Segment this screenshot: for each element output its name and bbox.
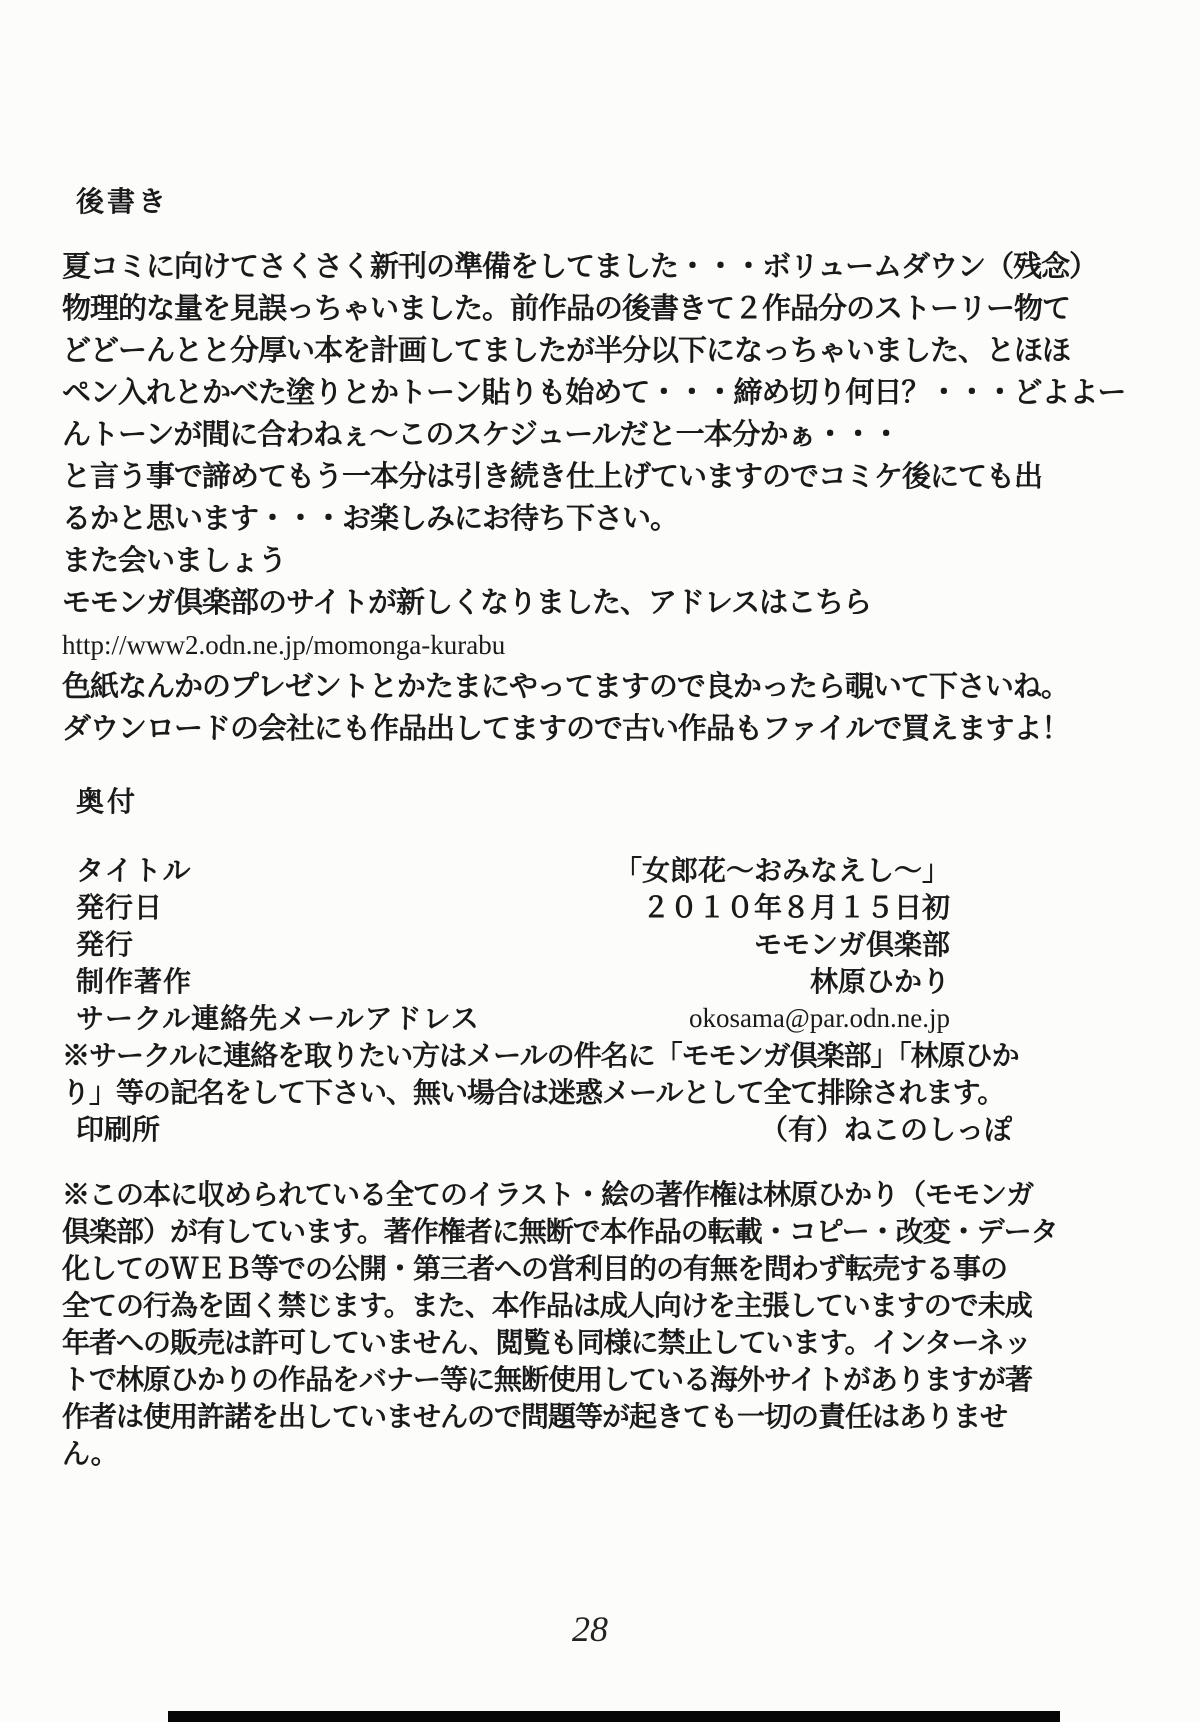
colophon-value-publish-date: ２０１０年８月１５日初 <box>642 889 950 926</box>
afterword-line: ペン入れとかべた塗りとかトーン貼りも始めて・・・締め切り何日？・・・どよよー <box>62 372 1154 414</box>
afterword-line: どどーんとと分厚い本を計画してましたが半分以下になっちゃいました、とほほ <box>62 330 1154 372</box>
colophon-table: タイトル 「女郎花～おみなえし～」 発行日 ２０１０年８月１５日初 発行 モモン… <box>76 852 950 1037</box>
website-url-text: http://www2.odn.ne.jp/momonga-kurabu <box>62 624 1154 666</box>
afterword-line: ダウンロードの会社にも作品出してますので古い作品もファイルで買えますよ！ <box>62 708 1154 750</box>
contact-note-line: り」等の記名をして下さい、無い場合は迷惑メールとして全て排除されます。 <box>62 1074 1154 1111</box>
copyright-line: トで林原ひかりの作品をバナー等に無断使用している海外サイトがありますが著 <box>62 1361 1154 1398</box>
colophon-row-contact-email: サークル連絡先メールアドレス okosama@par.odn.ne.jp <box>76 1000 950 1037</box>
afterword-line: 物理的な量を見誤っちゃいました。前作品の後書きて２作品分のストーリー物て <box>62 288 1154 330</box>
afterword-line: 夏コミに向けてさくさく新刊の準備をしてました・・・ボリュームダウン（残念） <box>62 246 1154 288</box>
contact-email-text: okosama@par.odn.ne.jp <box>689 1000 950 1037</box>
colophon-label-publisher: 発行 <box>76 926 134 963</box>
copyright-notice: ※この本に収められている全てのイラスト・絵の著作権は林原ひかり（モモンガ 倶楽部… <box>62 1176 1154 1472</box>
afterword-line: んトーンが間に合わねぇ～このスケジュールだと一本分かぁ・・・ <box>62 414 1154 456</box>
colophon-value-author: 林原ひかり <box>810 963 950 1000</box>
afterword-line: モモンガ倶楽部のサイトが新しくなりました、アドレスはこちら <box>62 582 1154 624</box>
afterword-heading: 後書き <box>76 180 169 220</box>
colophon-label-publish-date: 発行日 <box>76 889 163 926</box>
copyright-line: 倶楽部）が有しています。著作権者に無断で本作品の転載・コピー・改変・データ <box>62 1213 1154 1250</box>
afterword-paragraph: 夏コミに向けてさくさく新刊の準備をしてました・・・ボリュームダウン（残念） 物理… <box>62 246 1154 750</box>
colophon-row-publisher: 発行 モモンガ倶楽部 <box>76 926 950 963</box>
afterword-line: また会いましょう <box>62 540 1154 582</box>
colophon-label-title: タイトル <box>76 852 191 889</box>
copyright-line: 年者への販売は許可していません、閲覧も同様に禁止しています。インターネッ <box>62 1324 1154 1361</box>
colophon-value-printer: （有）ねこのしっぽ <box>760 1111 1012 1148</box>
afterword-line: と言う事で諦めてもう一本分は引き続き仕上げていますのでコミケ後にても出 <box>62 456 1154 498</box>
colophon-value-title: 「女郎花～おみなえし～」 <box>614 852 950 889</box>
afterword-line: 色紙なんかのプレゼントとかたまにやってますので良かったら覗いて下さいね。 <box>62 666 1154 708</box>
colophon-heading: 奥付 <box>76 780 138 820</box>
copyright-line: ん。 <box>62 1435 1154 1472</box>
contact-note-line: ※サークルに連絡を取りたい方はメールの件名に「モモンガ倶楽部」「林原ひか <box>62 1037 1154 1074</box>
scanned-page: 後書き 夏コミに向けてさくさく新刊の準備をしてました・・・ボリュームダウン（残念… <box>0 0 1200 1722</box>
copyright-line: 全ての行為を固く禁じます。また、本作品は成人向けを主張していますので未成 <box>62 1287 1154 1324</box>
page-number: 28 <box>0 1608 1180 1650</box>
colophon-row-printer: 印刷所 （有）ねこのしっぽ <box>76 1111 1012 1148</box>
colophon-row-author: 制作著作 林原ひかり <box>76 963 950 1000</box>
colophon-value-publisher: モモンガ倶楽部 <box>754 926 950 963</box>
colophon-row-publish-date: 発行日 ２０１０年８月１５日初 <box>76 889 950 926</box>
colophon-row-title: タイトル 「女郎花～おみなえし～」 <box>76 852 950 889</box>
afterword-line: るかと思います・・・お楽しみにお待ち下さい。 <box>62 498 1154 540</box>
colophon-label-author: 制作著作 <box>76 963 192 1000</box>
contact-note: ※サークルに連絡を取りたい方はメールの件名に「モモンガ倶楽部」「林原ひか り」等… <box>62 1037 1154 1111</box>
copyright-line: 化してのＷＥＢ等での公開・第三者への営利目的の有無を問わず転売する事の <box>62 1250 1154 1287</box>
colophon-label-printer: 印刷所 <box>76 1111 160 1148</box>
copyright-line: ※この本に収められている全てのイラスト・絵の著作権は林原ひかり（モモンガ <box>62 1176 1154 1213</box>
scan-edge-bar <box>168 1711 1060 1722</box>
copyright-line: 作者は使用許諾を出していませんので問題等が起きても一切の責任はありませ <box>62 1398 1154 1435</box>
colophon-label-contact-email: サークル連絡先メールアドレス <box>76 1000 480 1037</box>
